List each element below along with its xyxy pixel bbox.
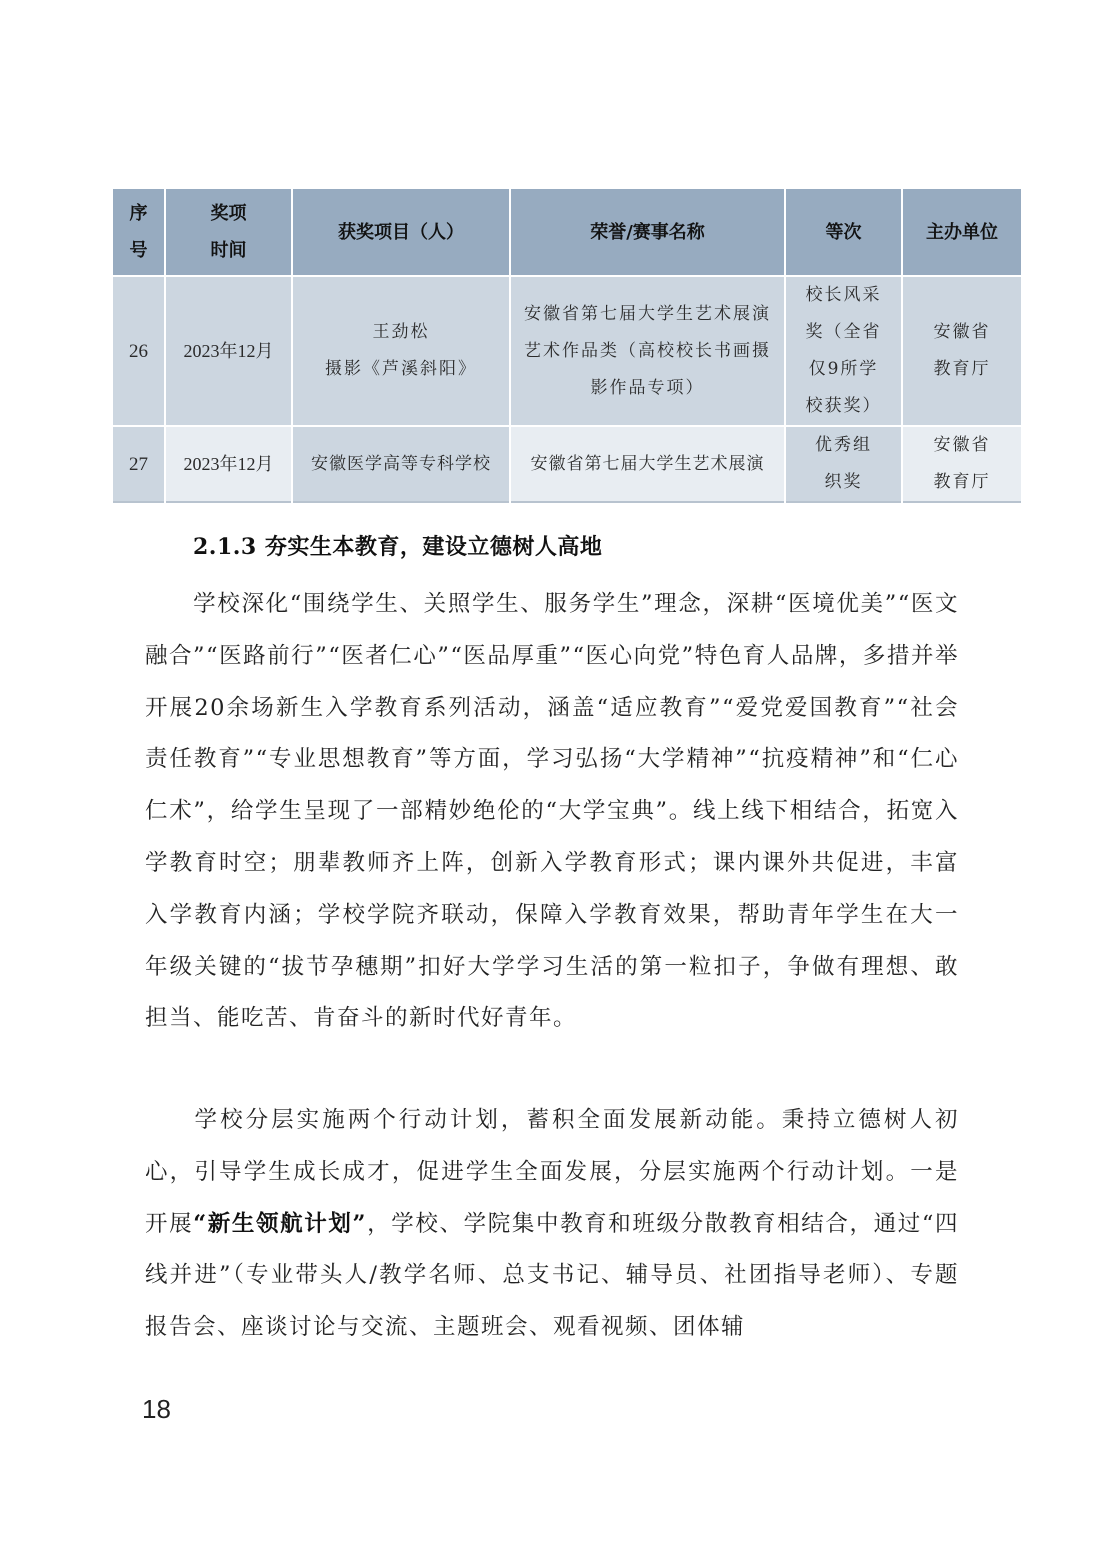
table-row: 26 2023年12月 王劲松摄影《芦溪斜阳》 安徽省第七届大学生艺术展演艺术作… <box>113 276 1021 426</box>
paragraph-2: 学校分层实施两个行动计划，蓄积全面发展新动能。秉持立德树人初心，引导学生成长成才… <box>145 1095 959 1354</box>
header-level: 等次 <box>785 189 902 276</box>
header-serial-line1: 序 <box>130 203 148 224</box>
awards-table: 序号 奖项时间 获奖项目（人） 荣誉/赛事名称 等次 主办单位 26 2023年… <box>113 189 1021 503</box>
page-number: 18 <box>142 1394 171 1425</box>
header-event: 荣誉/赛事名称 <box>510 189 785 276</box>
cell-date: 2023年12月 <box>165 426 292 502</box>
cell-date: 2023年12月 <box>165 276 292 426</box>
organizer-line2: 教育厅 <box>934 359 991 379</box>
cell-event: 安徽省第七届大学生艺术展演艺术作品类（高校校长书画摄影作品专项） <box>510 276 785 426</box>
header-award-time-line2: 时间 <box>211 240 247 261</box>
project-person: 王劲松 <box>373 322 430 342</box>
header-award-time: 奖项时间 <box>165 189 292 276</box>
cell-level: 校长风采奖（全省仅9所学校获奖） <box>785 276 902 426</box>
cell-project: 安徽医学高等专科学校 <box>292 426 510 502</box>
cell-serial: 27 <box>113 426 165 502</box>
cell-level: 优秀组织奖 <box>785 426 902 502</box>
cell-organizer: 安徽省教育厅 <box>902 276 1021 426</box>
header-serial-line2: 号 <box>130 240 148 261</box>
cell-serial: 26 <box>113 276 165 426</box>
table-header-row: 序号 奖项时间 获奖项目（人） 荣誉/赛事名称 等次 主办单位 <box>113 189 1021 276</box>
cell-event: 安徽省第七届大学生艺术展演 <box>510 426 785 502</box>
section-heading: 2.1.3 夯实生本教育，建设立德树人高地 <box>193 530 602 561</box>
cell-organizer: 安徽省教育厅 <box>902 426 1021 502</box>
header-serial: 序号 <box>113 189 165 276</box>
table-row: 27 2023年12月 安徽医学高等专科学校 安徽省第七届大学生艺术展演 优秀组… <box>113 426 1021 502</box>
paragraph-1-text: 学校深化“围绕学生、关照学生、服务学生”理念，深耕“医境优美”“医文融合”“医路… <box>145 591 959 1031</box>
header-organizer: 主办单位 <box>902 189 1021 276</box>
project-work: 摄影《芦溪斜阳》 <box>325 359 477 379</box>
paragraph-2-bold-term: “新生领航计划” <box>193 1211 367 1237</box>
organizer-line2: 教育厅 <box>934 472 991 492</box>
cell-project: 王劲松摄影《芦溪斜阳》 <box>292 276 510 426</box>
header-award-time-line1: 奖项 <box>211 203 247 224</box>
organizer-line1: 安徽省 <box>934 435 991 455</box>
header-project: 获奖项目（人） <box>292 189 510 276</box>
paragraph-1: 学校深化“围绕学生、关照学生、服务学生”理念，深耕“医境优美”“医文融合”“医路… <box>145 579 959 1045</box>
organizer-line1: 安徽省 <box>934 322 991 342</box>
